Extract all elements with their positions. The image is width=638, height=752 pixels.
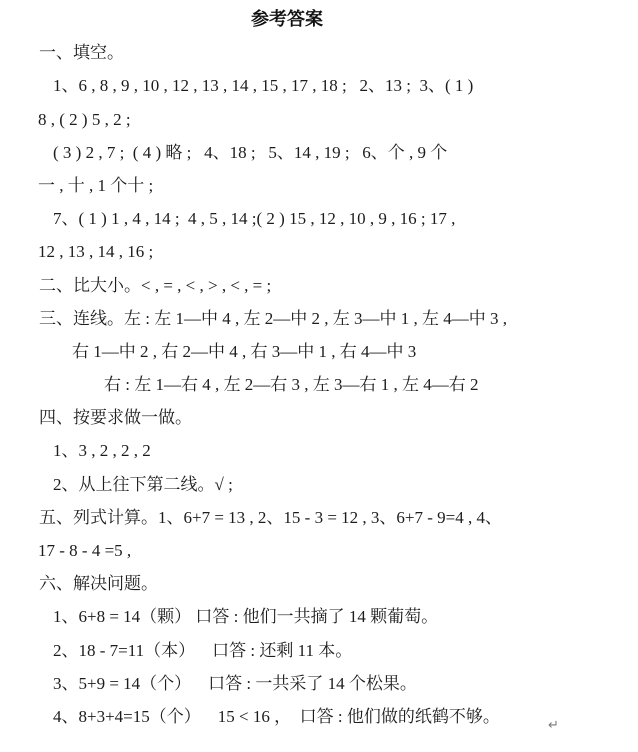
- section-6-problem-1: 1、6+8 = 14（颗） 口答 : 他们一共摘了 14 颗葡萄。: [0, 600, 638, 633]
- section-1-answers-line-4: 一 , 十 , 1 个十 ;: [0, 169, 638, 202]
- section-4-answer-1: 1、3 , 2 , 2 , 2: [0, 434, 638, 467]
- section-3-connect-line-3: 右 : 左 1—右 4 , 左 2—右 3 , 左 3—右 1 , 左 4—右 …: [0, 368, 638, 401]
- page-title: 参考答案: [0, 3, 574, 36]
- section-3-connect-line-2: 右 1—中 2 , 右 2—中 4 , 右 3—中 1 , 右 4—中 3: [0, 335, 638, 368]
- section-6-heading: 六、解决问题。: [0, 567, 638, 600]
- section-1-answers-line-5: 7、( 1 ) 1 , 4 , 14 ; 4 , 5 , 14 ;( 2 ) 1…: [0, 202, 638, 235]
- section-1-answers-line-6: 12 , 13 , 14 , 16 ;: [0, 235, 638, 268]
- section-5-calculations-line-1: 五、列式计算。1、6+7 = 13 , 2、15 - 3 = 12 , 3、6+…: [0, 501, 638, 534]
- section-3-connect-line-1: 三、连线。左 : 左 1—中 4 , 左 2—中 2 , 左 3—中 1 , 左…: [0, 302, 638, 335]
- paragraph-return-icon: ↵: [548, 719, 559, 732]
- section-6-problem-3: 3、5+9 = 14（个） 口答 : 一共采了 14 个松果。: [0, 667, 638, 700]
- section-6-problem-4: 4、8+3+4=15（个） 15 < 16 ， 口答 : 他们做的纸鹤不够。: [0, 700, 638, 733]
- section-1-answers-line-3: ( 3 ) 2 , 7 ; ( 4 ) 略 ; 4、18 ; 5、14 , 19…: [0, 136, 638, 169]
- document-page: 参考答案 一、填空。 1、6 , 8 , 9 , 10 , 12 , 13 , …: [0, 0, 638, 752]
- section-2-compare-answers: 二、比大小。< , = , < , > , < , = ;: [0, 269, 638, 302]
- section-4-answer-2: 2、从上往下第二线。√ ;: [0, 468, 638, 501]
- section-1-answers-line-2: 8 , ( 2 ) 5 , 2 ;: [0, 103, 638, 136]
- section-4-heading: 四、按要求做一做。: [0, 401, 638, 434]
- section-6-problem-2: 2、18 - 7=11（本） 口答 : 还剩 11 本。: [0, 634, 638, 667]
- section-1-heading: 一、填空。: [0, 36, 638, 69]
- section-1-answers-line-1: 1、6 , 8 , 9 , 10 , 12 , 13 , 14 , 15 , 1…: [0, 69, 638, 102]
- section-5-calculations-line-2: 17 - 8 - 4 =5 ,: [0, 534, 638, 567]
